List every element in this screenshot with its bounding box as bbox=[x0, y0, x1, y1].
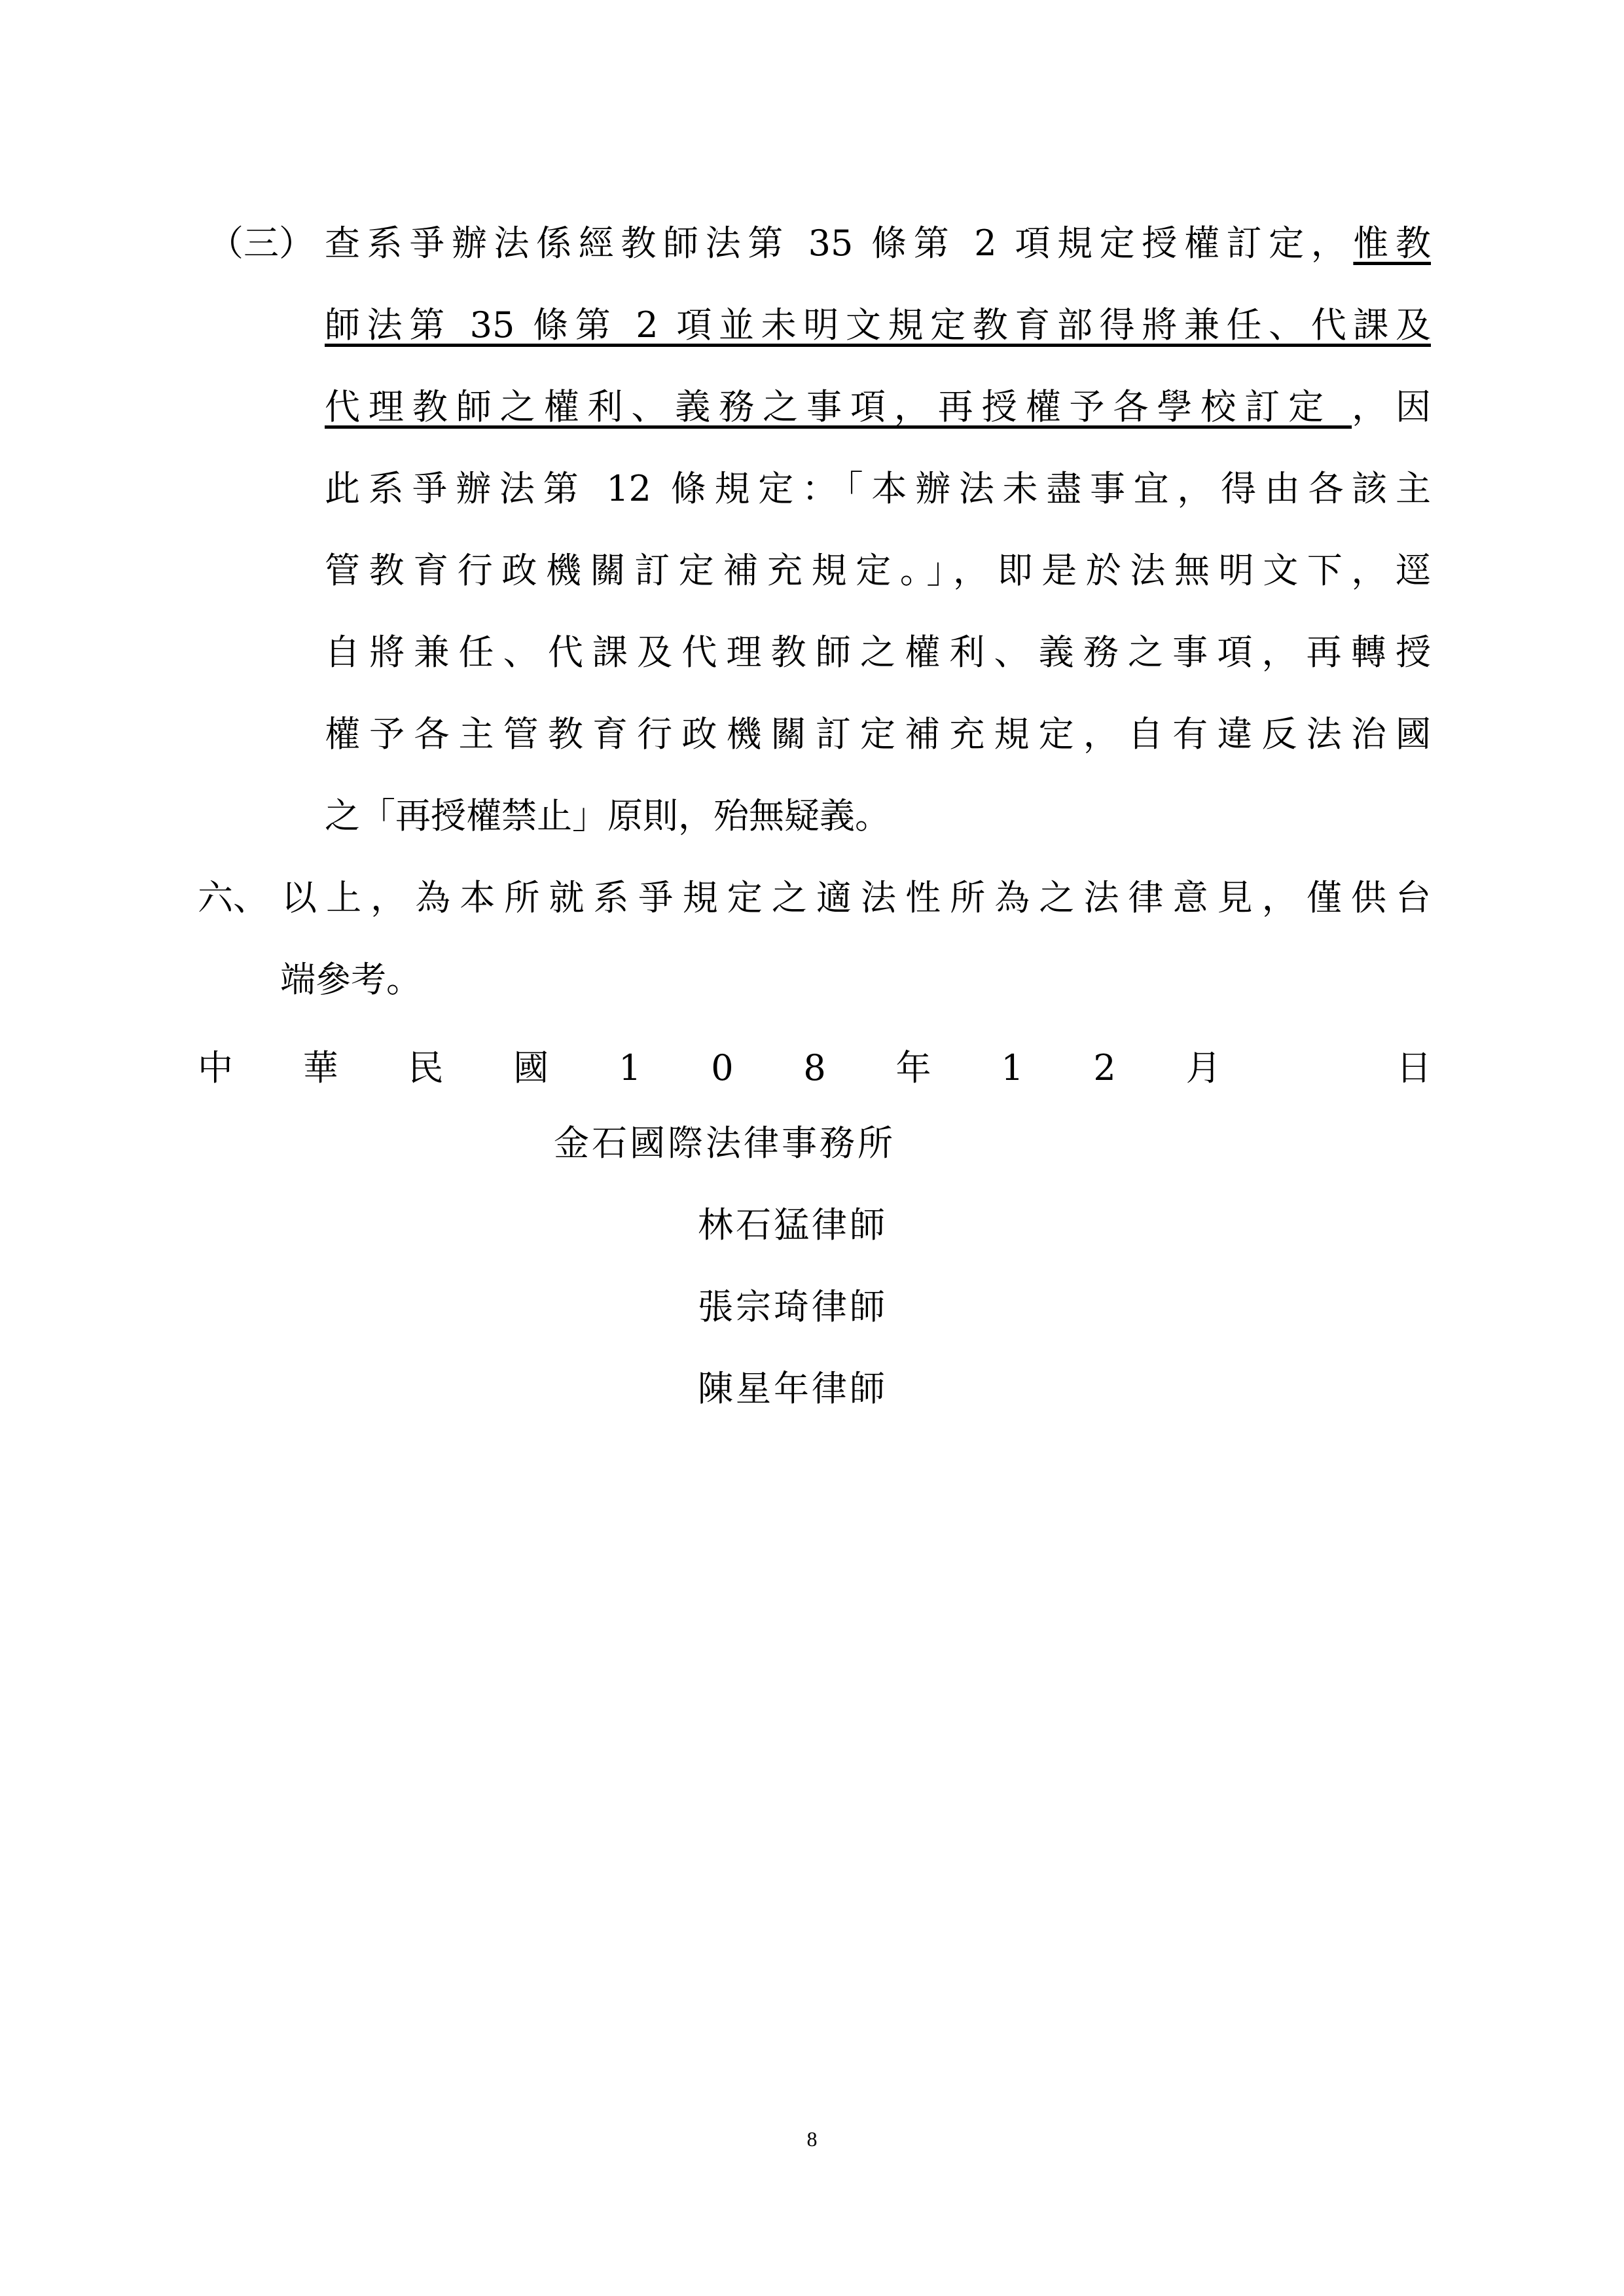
date-char: 年 bbox=[895, 1045, 931, 1091]
section-3-line-3-underlined: 代理教師之權利、義務之事項，再授權予各學校訂定 bbox=[325, 386, 1352, 427]
section-3-line-6: 自將兼任、代課及代理教師之權利、義務之事項，再轉授 bbox=[325, 630, 1431, 675]
section-3-line-1: 查系爭辦法係經教師法第 35 條第 2 項規定授權訂定，惟教 bbox=[325, 221, 1431, 266]
document-page: （三） 查系爭辦法係經教師法第 35 條第 2 項規定授權訂定，惟教 師法第 3… bbox=[0, 0, 1624, 2296]
date-year-digit: 8 bbox=[803, 1045, 825, 1091]
section-3-line-2-underlined: 師法第 35 條第 2 項並未明文規定教育部得將兼任、代課及 bbox=[325, 304, 1431, 346]
lawyer-name: 林石猛律師 bbox=[698, 1202, 888, 1248]
date-day-blank bbox=[1291, 1045, 1326, 1091]
lawyer-name: 陳星年律師 bbox=[698, 1366, 888, 1412]
lawyer-name: 張宗琦律師 bbox=[698, 1284, 888, 1330]
date-char: 民 bbox=[408, 1045, 444, 1091]
section-6-line-1: 以上，為本所就系爭規定之適法性所為之法律意見，僅供台 bbox=[281, 875, 1431, 921]
section-3-line-7: 權予各主管教育行政機關訂定補充規定，自有違反法治國 bbox=[325, 711, 1431, 757]
page-number: 8 bbox=[0, 2126, 1624, 2152]
date-char: 月 bbox=[1185, 1045, 1221, 1091]
date-char: 國 bbox=[513, 1045, 549, 1091]
section-6-line-2: 端參考。 bbox=[280, 957, 422, 1003]
date-month-digit: 2 bbox=[1093, 1045, 1115, 1091]
section-3-line-4: 此系爭辦法第 12 條規定：「本辦法未盡事宜，得由各該主 bbox=[325, 466, 1431, 512]
section-3-line-2: 師法第 35 條第 2 項並未明文規定教育部得將兼任、代課及 bbox=[325, 302, 1431, 348]
section-3-label: （三） bbox=[208, 221, 314, 266]
section-3-line-1-underlined: 惟教 bbox=[1353, 223, 1431, 264]
section-3-line-3: 代理教師之權利、義務之事項，再授權予各學校訂定 ，因 bbox=[325, 384, 1431, 430]
section-3-line-1-plain: 查系爭辦法係經教師法第 35 條第 2 項規定授權訂定， bbox=[325, 223, 1353, 264]
date-char: 中 bbox=[198, 1045, 233, 1091]
section-3-line-5: 管教育行政機關訂定補充規定。」，即是於法無明文下，逕 bbox=[325, 548, 1431, 594]
date-char: 日 bbox=[1396, 1045, 1432, 1091]
date-year-digit: 0 bbox=[711, 1045, 733, 1091]
section-3-line-3-plain: ，因 bbox=[1352, 386, 1431, 427]
section-3-line-8: 之「再授權禁止」原則，殆無疑義。 bbox=[325, 793, 890, 839]
date-char: 華 bbox=[303, 1045, 338, 1091]
date-month-digit: 1 bbox=[1001, 1045, 1023, 1091]
date-line: 中 華 民 國 1 0 8 年 1 2 月 日 bbox=[198, 1045, 1432, 1091]
date-year-digit: 1 bbox=[619, 1045, 641, 1091]
section-6-label: 六、 bbox=[198, 875, 268, 921]
law-firm-name: 金石國際法律事務所 bbox=[554, 1121, 895, 1166]
